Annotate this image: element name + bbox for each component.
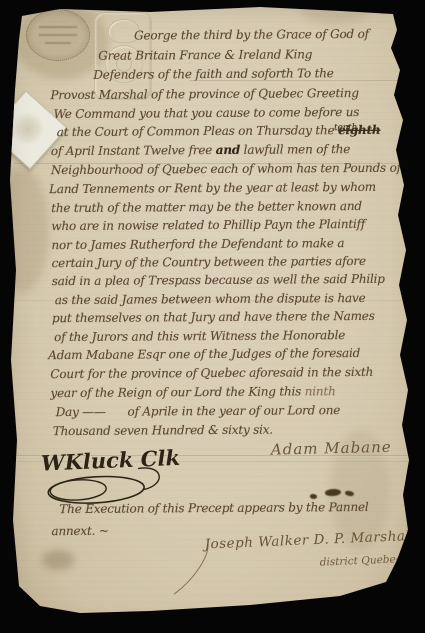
document-line: certain Jury of the Country between the … — [52, 254, 366, 270]
handwritten-text-layer: George the third by the Grace of God ofG… — [0, 0, 425, 633]
document-line: the truth of the matter may be the bette… — [51, 199, 362, 215]
clerk-signature: WKluck Clk — [41, 445, 181, 476]
document-line: Land Tennements or Rent by the year at l… — [49, 180, 376, 196]
document-line: of the Jurors and this writ Witness the … — [54, 328, 345, 344]
document-lines: George the third by the Grace of God ofG… — [0, 0, 423, 1]
document-line: Neighbourhood of Quebec each of whom has… — [51, 161, 401, 177]
document-line: at the Court of Common Pleas on Thursday… — [57, 123, 381, 139]
marshal-district: district Quebec — [319, 553, 401, 568]
document-line: The Execution of this Precept appears by… — [59, 500, 368, 516]
judge-signature: Adam Mabane — [271, 438, 392, 459]
document-line: of April Instant Twelve free and lawfull… — [51, 142, 350, 158]
document-line: Great Britain France & Ireland King — [98, 47, 312, 62]
document-line: Day —— of Aprile in the year of our Lord… — [56, 403, 341, 419]
document-line: year of the Reign of our Lord the King t… — [50, 384, 335, 400]
document-line: as the said James between whom the dispu… — [55, 291, 366, 307]
document-line: Thousand seven Hundred & sixty six. — [53, 423, 273, 439]
document-line: We Command you that you cause to come be… — [54, 105, 360, 121]
ink-blot — [310, 494, 317, 499]
document-line: Court for the province of Quebec aforesa… — [50, 365, 373, 381]
document-line: who are in nowise related to Phillip Pay… — [51, 217, 365, 233]
document-line: nor to James Rutherford the Defendant to… — [51, 236, 344, 252]
manuscript-paper: George the third by the Grace of God ofG… — [0, 0, 425, 633]
document-line: Adam Mabane Esqr one of the Judges of th… — [48, 346, 360, 362]
document-line: Defenders of the faith and soforth To th… — [93, 66, 333, 82]
document-line: said in a plea of Trespass because as we… — [52, 272, 385, 288]
document-line: George the third by the Grace of God of — [134, 27, 369, 43]
scanned-document-page: { "page": { "background_color": "#050505… — [0, 0, 425, 633]
document-line: put themselves on that Jury and have the… — [52, 309, 375, 325]
document-line: Provost Marshal of the province of Quebe… — [50, 86, 358, 102]
marshal-signature: Joseph Walker D. P. Marshal — [204, 528, 410, 553]
document-line: annext. ~ — [51, 524, 108, 538]
